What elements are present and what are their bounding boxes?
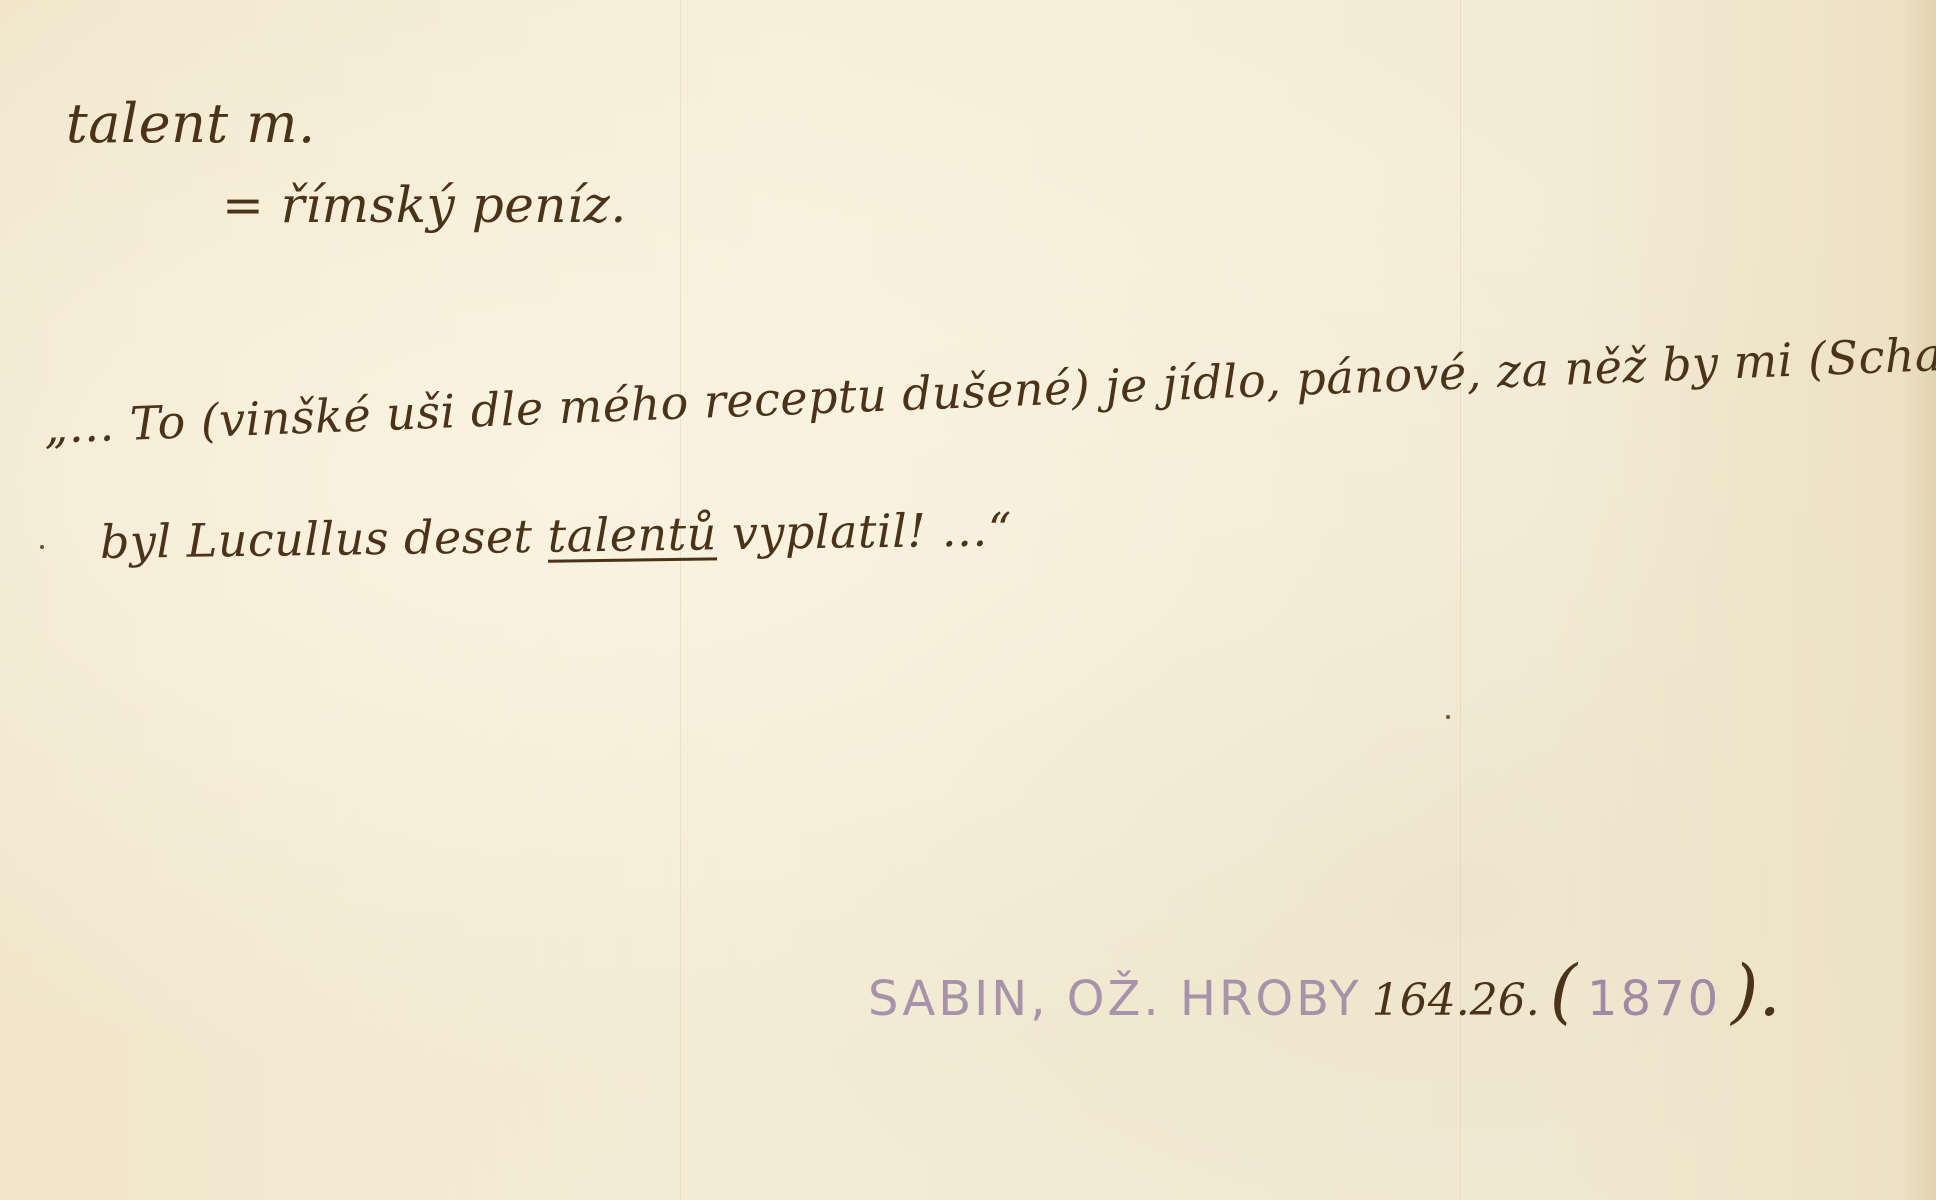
quote-text-after: vyplatil! …“: [716, 502, 1012, 560]
ink-speck: [40, 545, 44, 549]
quote-headword-occurrence: talentů: [547, 506, 717, 562]
quote-text-before: byl Lucullus deset: [100, 509, 548, 569]
paren-open: (: [1550, 956, 1577, 1026]
paren-close: ).: [1731, 956, 1781, 1026]
source-year: 1870: [1587, 971, 1721, 1027]
source-page-ref: 164.26.: [1372, 975, 1540, 1026]
source-citation: SABIN, OŽ. HROBY 164.26. (1870).: [868, 956, 1781, 1027]
paper-fold-line: [680, 0, 681, 1200]
index-card: talent m. = římský peníz. „… To (vinšké …: [0, 0, 1936, 1200]
ink-speck: [1446, 715, 1450, 719]
source-stamp: SABIN, OŽ. HROBY: [868, 971, 1362, 1027]
definition: = římský peníz.: [222, 176, 627, 234]
quote-line-2: byl Lucullus deset talentů vyplatil! …“: [100, 502, 1013, 569]
headword: talent m.: [66, 92, 316, 155]
quote-line-1: „… To (vinšké uši dle mého receptu dušen…: [43, 318, 1936, 454]
card-edge-shadow: [1902, 0, 1936, 1200]
